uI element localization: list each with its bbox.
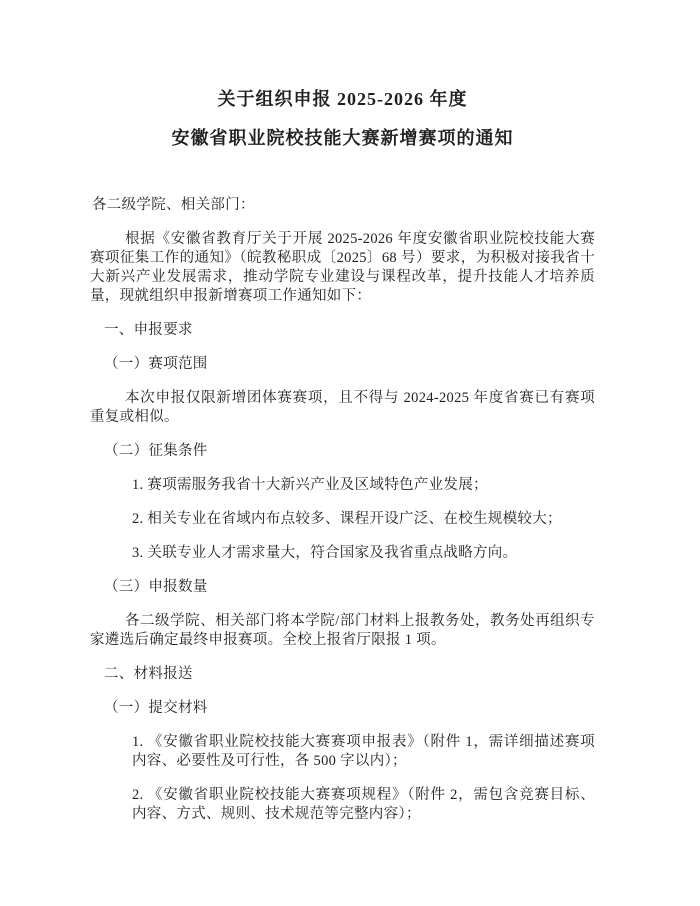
list-item-condition-1: 1. 赛项需服务我省十大新兴产业及区域特色产业发展；: [90, 476, 595, 495]
document-content: 关于组织申报 2025-2026 年度 安徽省职业院校技能大赛新增赛项的通知 各…: [90, 80, 595, 839]
title-line-2: 安徽省职业院校技能大赛新增赛项的通知: [90, 119, 595, 158]
salutation: 各二级学院、相关部门：: [90, 196, 595, 215]
heading-sub-1-1: （一）赛项范围: [90, 355, 595, 374]
document-page: 关于组织申报 2025-2026 年度 安徽省职业院校技能大赛新增赛项的通知 各…: [0, 0, 700, 906]
list-item-condition-3: 3. 关联专业人才需求量大，符合国家及我省重点战略方向。: [90, 544, 595, 563]
paragraph-intro: 根据《安徽省教育厅关于开展 2025-2026 年度安徽省职业院校技能大赛赛项征…: [90, 230, 595, 306]
paragraph-quota: 各二级学院、相关部门将本学院/部门材料上报教务处，教务处再组织专家遴选后确定最终…: [90, 612, 595, 650]
list-item-condition-2: 2. 相关专业在省域内布点较多、课程开设广泛、在校生规模较大；: [90, 510, 595, 529]
paragraph-scope: 本次申报仅限新增团体赛赛项，且不得与 2024-2025 年度省赛已有赛项重复或…: [90, 389, 595, 427]
heading-section-2: 二、材料报送: [90, 665, 595, 684]
heading-sub-1-3: （三）申报数量: [90, 578, 595, 597]
list-item-material-1: 1. 《安徽省职业院校技能大赛赛项申报表》（附件 1，需详细描述赛项内容、必要性…: [90, 733, 595, 771]
heading-sub-1-2: （二）征集条件: [90, 442, 595, 461]
heading-sub-2-1: （一）提交材料: [90, 699, 595, 718]
heading-section-1: 一、申报要求: [90, 321, 595, 340]
document-title: 关于组织申报 2025-2026 年度 安徽省职业院校技能大赛新增赛项的通知: [90, 80, 595, 158]
list-item-material-2: 2. 《安徽省职业院校技能大赛赛项规程》（附件 2，需包含竞赛目标、内容、方式、…: [90, 786, 595, 824]
title-line-1: 关于组织申报 2025-2026 年度: [90, 80, 595, 119]
